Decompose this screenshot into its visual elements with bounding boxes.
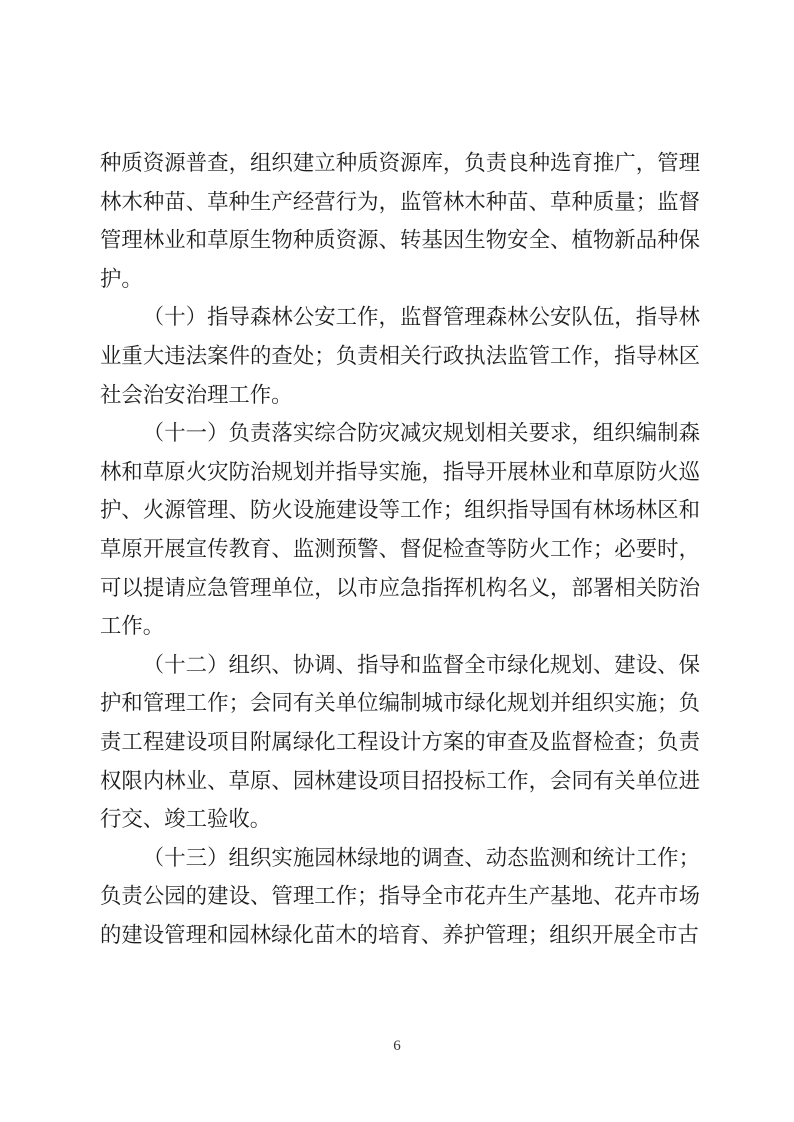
paragraph-item-13: （十三）组织实施园林绿地的调查、动态监测和统计工作；负责公园的建设、管理工作；指… — [100, 839, 700, 955]
paragraph-item-11: （十一）负责落实综合防灾减灾规划相关要求，组织编制森林和草原火灾防治规划并指导实… — [100, 414, 700, 646]
paragraph-continuation: 种质资源普查，组织建立种质资源库，负责良种选育推广，管理林木种苗、草种生产经营行… — [100, 144, 700, 298]
document-body: 种质资源普查，组织建立种质资源库，负责良种选育推广，管理林木种苗、草种生产经营行… — [100, 144, 700, 954]
paragraph-item-12: （十二）组织、协调、指导和监督全市绿化规划、建设、保护和管理工作；会同有关单位编… — [100, 646, 700, 839]
paragraph-item-10: （十）指导森林公安工作，监督管理森林公安队伍，指导林业重大违法案件的查处；负责相… — [100, 298, 700, 414]
document-page: 种质资源普查，组织建立种质资源库，负责良种选育推广，管理林木种苗、草种生产经营行… — [0, 0, 794, 1122]
page-number: 6 — [393, 1038, 401, 1054]
page-footer: 6 — [0, 1036, 794, 1056]
